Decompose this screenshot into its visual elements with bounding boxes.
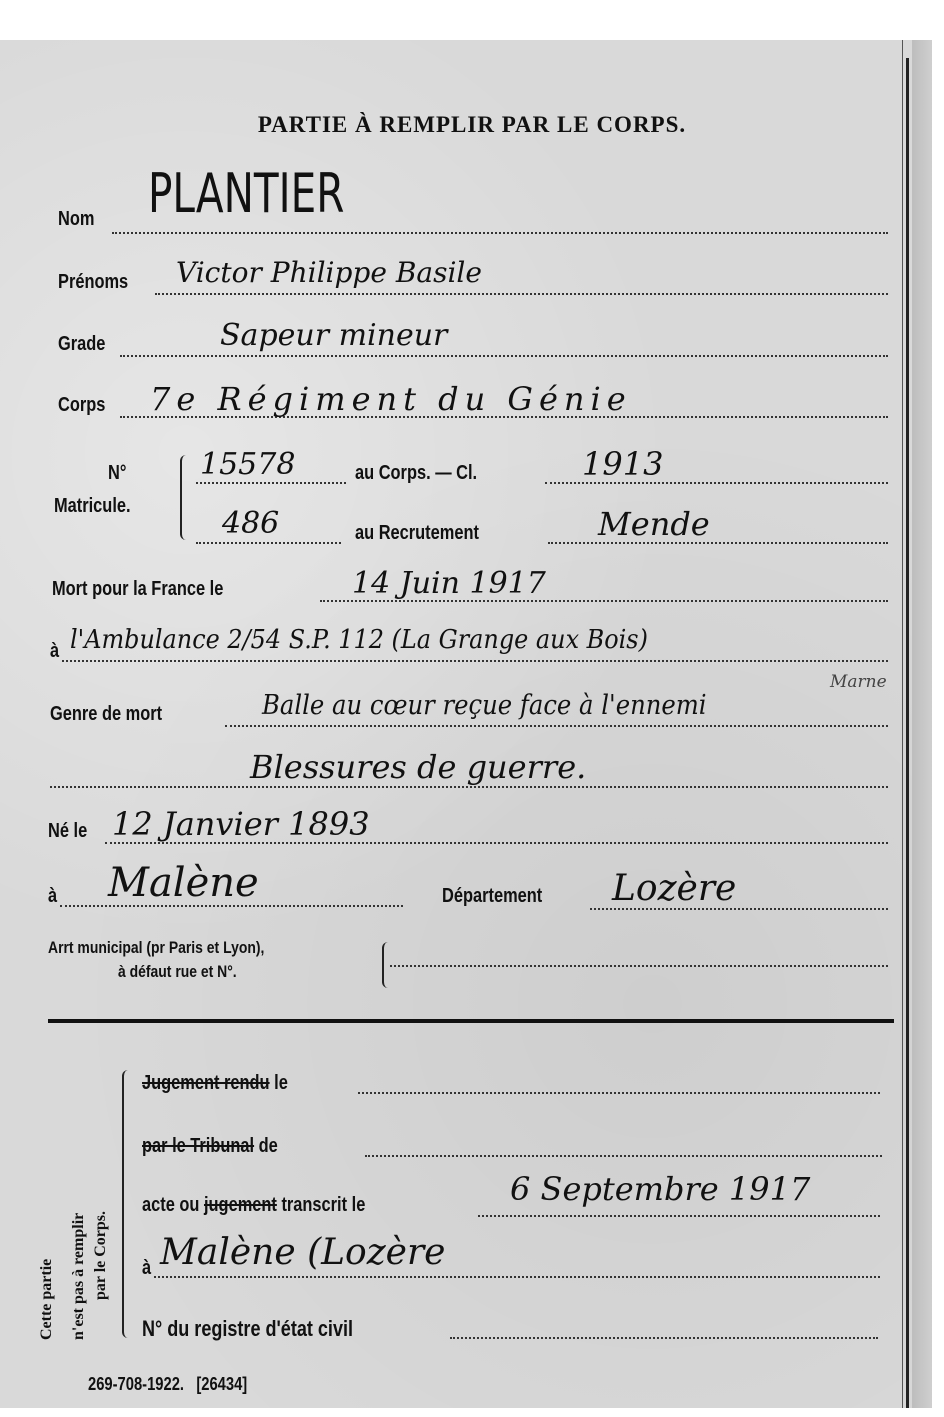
grade-value[interactable]: Sapeur mineur [220, 318, 447, 353]
form-title: PARTIE À REMPLIR PAR LE CORPS. [0, 112, 944, 138]
mort-le-label: Mort pour la France le [52, 578, 223, 601]
transcrit-a-value[interactable]: Malène (Lozère [160, 1232, 446, 1273]
au-corps-label: au Corps. — Cl. [355, 462, 477, 485]
nom-line [112, 232, 888, 234]
nom-label: Nom [58, 208, 94, 231]
matricule-no-label: N° [108, 462, 126, 485]
arrondissement-line[interactable] [390, 965, 888, 967]
mort-a-annotation: Marne [830, 672, 887, 692]
right-border [906, 58, 909, 1408]
mort-a-value[interactable]: l'Ambulance 2/54 S.P. 112 (La Grange aux… [70, 625, 648, 655]
matricule-corps-value[interactable]: 15578 [200, 447, 295, 482]
prenoms-label: Prénoms [58, 271, 128, 294]
ne-a-label: à [48, 885, 57, 908]
side-note-line-3: par le Corps. [92, 1211, 110, 1300]
departement-label: Département [442, 885, 542, 908]
mort-a-label: à [50, 640, 59, 663]
corps-value[interactable]: 7e Régiment du Génie [150, 380, 632, 418]
genre-de-mort-line-2 [50, 786, 888, 788]
page-bottom-margin [0, 1408, 944, 1417]
right-border-thin [902, 40, 903, 1410]
arrondissement-label-2: à défaut rue et N°. [118, 962, 237, 982]
civil-section-brace [122, 1070, 132, 1338]
page-edge-shadow [912, 40, 932, 1410]
jugement-rendu-label: Jugement rendu le [142, 1072, 288, 1095]
genre-de-mort-label: Genre de mort [50, 703, 162, 726]
grade-label: Grade [58, 333, 105, 356]
jugement-rendu-line[interactable] [358, 1092, 880, 1094]
genre-de-mort-line [225, 725, 888, 727]
document-sheet [0, 40, 932, 1417]
registre-line[interactable] [450, 1337, 878, 1339]
genre-de-mort-value-2[interactable]: Blessures de guerre. [250, 748, 586, 786]
side-note-line-1: Cette partie [38, 1259, 56, 1340]
departement-value[interactable]: Lozère [612, 868, 736, 909]
classe-value[interactable]: 1913 [582, 445, 663, 483]
ne-a-value[interactable]: Malène [108, 860, 259, 906]
genre-de-mort-value[interactable]: Balle au cœur reçue face à l'ennemi [262, 690, 707, 721]
transcrit-line [478, 1215, 880, 1217]
mort-le-value[interactable]: 14 Juin 1917 [352, 566, 546, 601]
matricule-corps-line [196, 482, 346, 484]
side-note-line-2: n'est pas à remplir [70, 1213, 88, 1340]
transcrit-value[interactable]: 6 Septembre 1917 [510, 1170, 810, 1208]
tribunal-label: par le Tribunal de [142, 1135, 278, 1158]
transcrit-a-line [154, 1276, 880, 1278]
prenoms-line [155, 293, 888, 295]
recrutement-value[interactable]: Mende [598, 505, 710, 543]
corps-label: Corps [58, 394, 105, 417]
print-reference: 269-708-1922. [26434] [88, 1374, 247, 1395]
side-note: Cette partie n'est pas à remplir par le … [30, 1090, 130, 1350]
prenoms-value[interactable]: Victor Philippe Basile [176, 256, 482, 289]
au-recrutement-label: au Recrutement [355, 522, 479, 545]
matricule-label: Matricule. [54, 495, 131, 518]
matricule-brace [180, 455, 190, 540]
arrondissement-label-1: Arrt municipal (pr Paris et Lyon), [48, 938, 264, 958]
registre-label: N° du registre d'état civil [142, 1316, 353, 1342]
section-divider [48, 1019, 894, 1023]
ne-le-value[interactable]: 12 Janvier 1893 [112, 805, 370, 843]
transcrit-a-label: à [142, 1257, 151, 1280]
grade-line [120, 355, 888, 357]
tribunal-line[interactable] [365, 1155, 882, 1157]
transcrit-label: acte ou jugement transcrit le [142, 1194, 365, 1217]
matricule-recrutement-line [196, 542, 341, 544]
nom-value[interactable]: PLANTIER [148, 162, 344, 225]
mort-a-line [62, 660, 888, 662]
matricule-recrutement-value[interactable]: 486 [222, 506, 279, 541]
ne-le-label: Né le [48, 820, 87, 843]
